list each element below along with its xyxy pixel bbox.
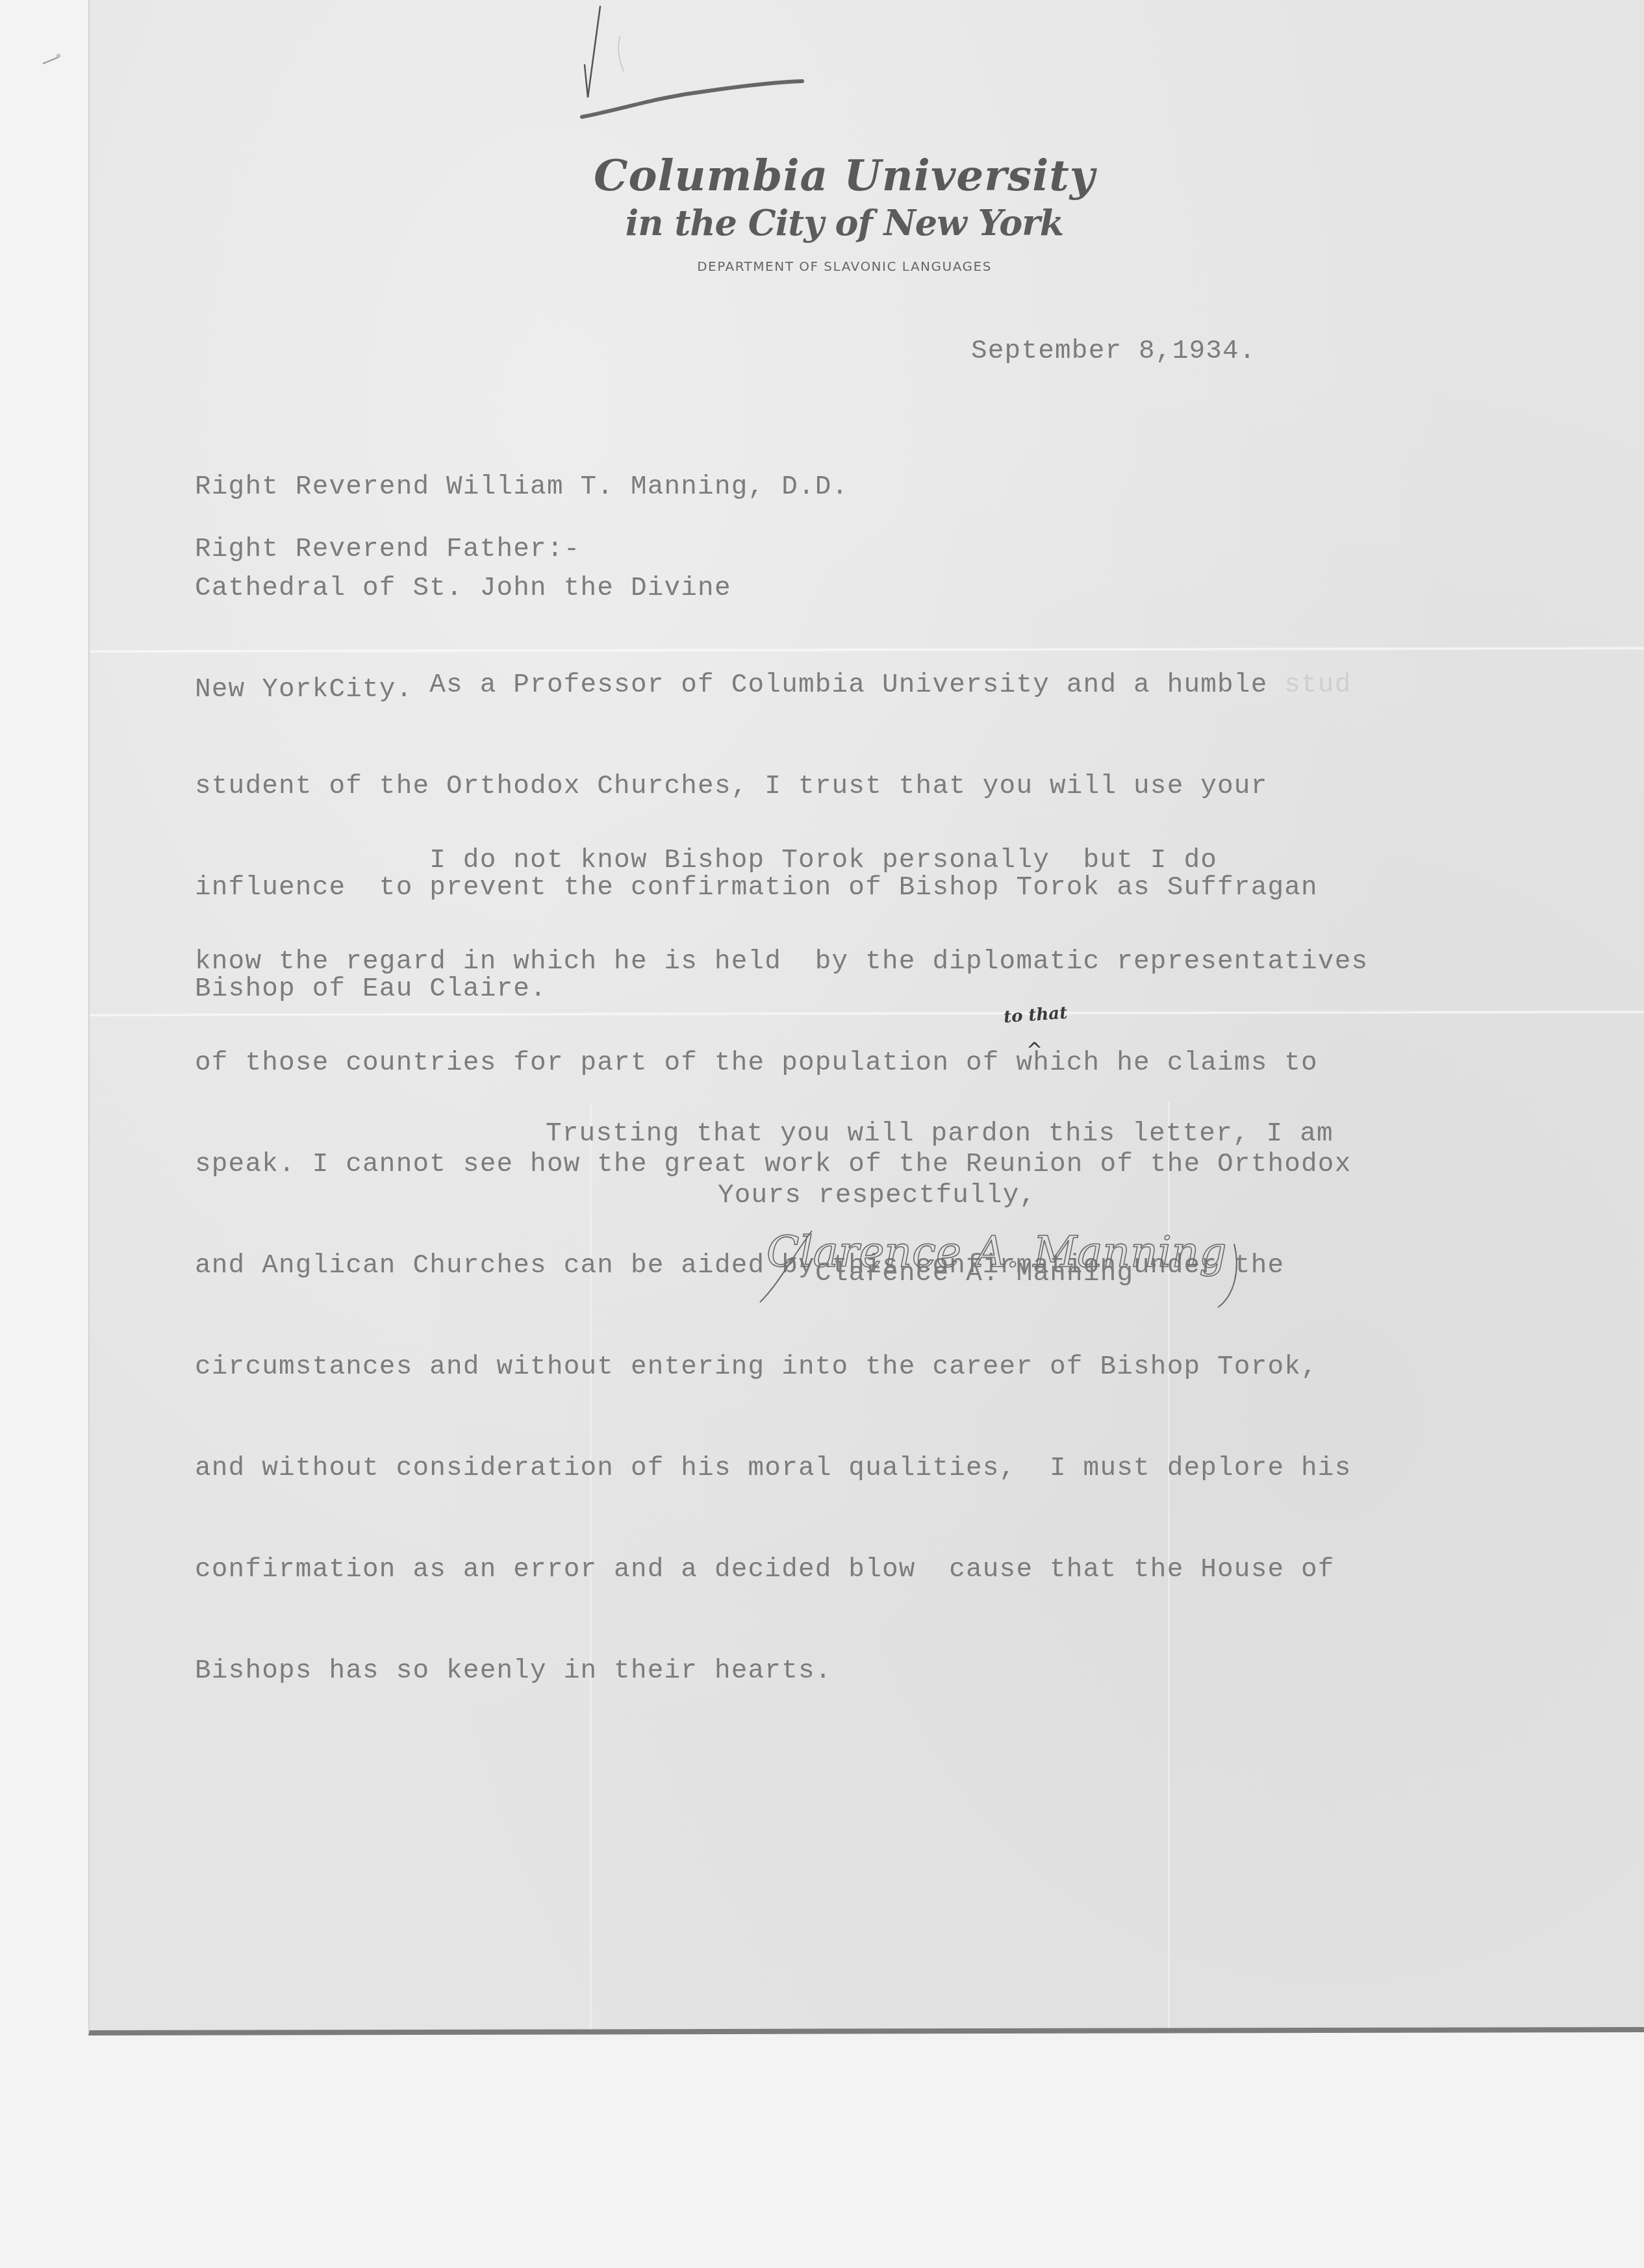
paragraph-2-line-6: circumstances and without entering into … (195, 1350, 1368, 1384)
paragraph-2-line-1: I do not know Bishop Torok personally bu… (195, 844, 1368, 877)
faint-overtyped-text: stud (1284, 670, 1351, 700)
salutation: Right Reverend Father:- (195, 533, 581, 566)
typed-signature-name: Clarence A. Manning (815, 1257, 1133, 1291)
paragraph-2-line-8: confirmation as an error and a decided b… (195, 1553, 1368, 1587)
stray-mark-icon (39, 45, 65, 71)
paragraph-2-line-9: Bishops has so keenly in their hearts. (195, 1654, 1368, 1688)
paragraph-2-line-7: and without consideration of his moral q… (195, 1452, 1368, 1485)
letter-date: September 8,1934. (971, 334, 1256, 368)
letterhead-department: DEPARTMENT OF SLAVONIC LANGUAGES (585, 258, 1104, 274)
letterhead: Columbia University in the City of New Y… (585, 149, 1104, 274)
paragraph-2-line-3: of those countries for part of the popul… (195, 1046, 1368, 1080)
recipient-line-1: Right Reverend William T. Manning, D.D. (195, 470, 848, 504)
paragraph-2-line-2: know the regard in which he is held by t… (195, 945, 1368, 979)
pencil-check-mark-icon (559, 0, 844, 130)
letterhead-institution: Columbia University (585, 149, 1104, 201)
paragraph-1-line-1-text: As a Professor of Columbia University an… (195, 670, 1284, 700)
paragraph-1-line-1: As a Professor of Columbia University an… (195, 668, 1351, 702)
closing-line: Trusting that you will pardon this lette… (546, 1117, 1334, 1151)
insertion-caret-icon: ^ (1026, 1039, 1043, 1062)
paragraph-2-line-4: speak. I cannot see how the great work o… (195, 1148, 1368, 1181)
letterhead-location: in the City of New York (585, 201, 1104, 244)
